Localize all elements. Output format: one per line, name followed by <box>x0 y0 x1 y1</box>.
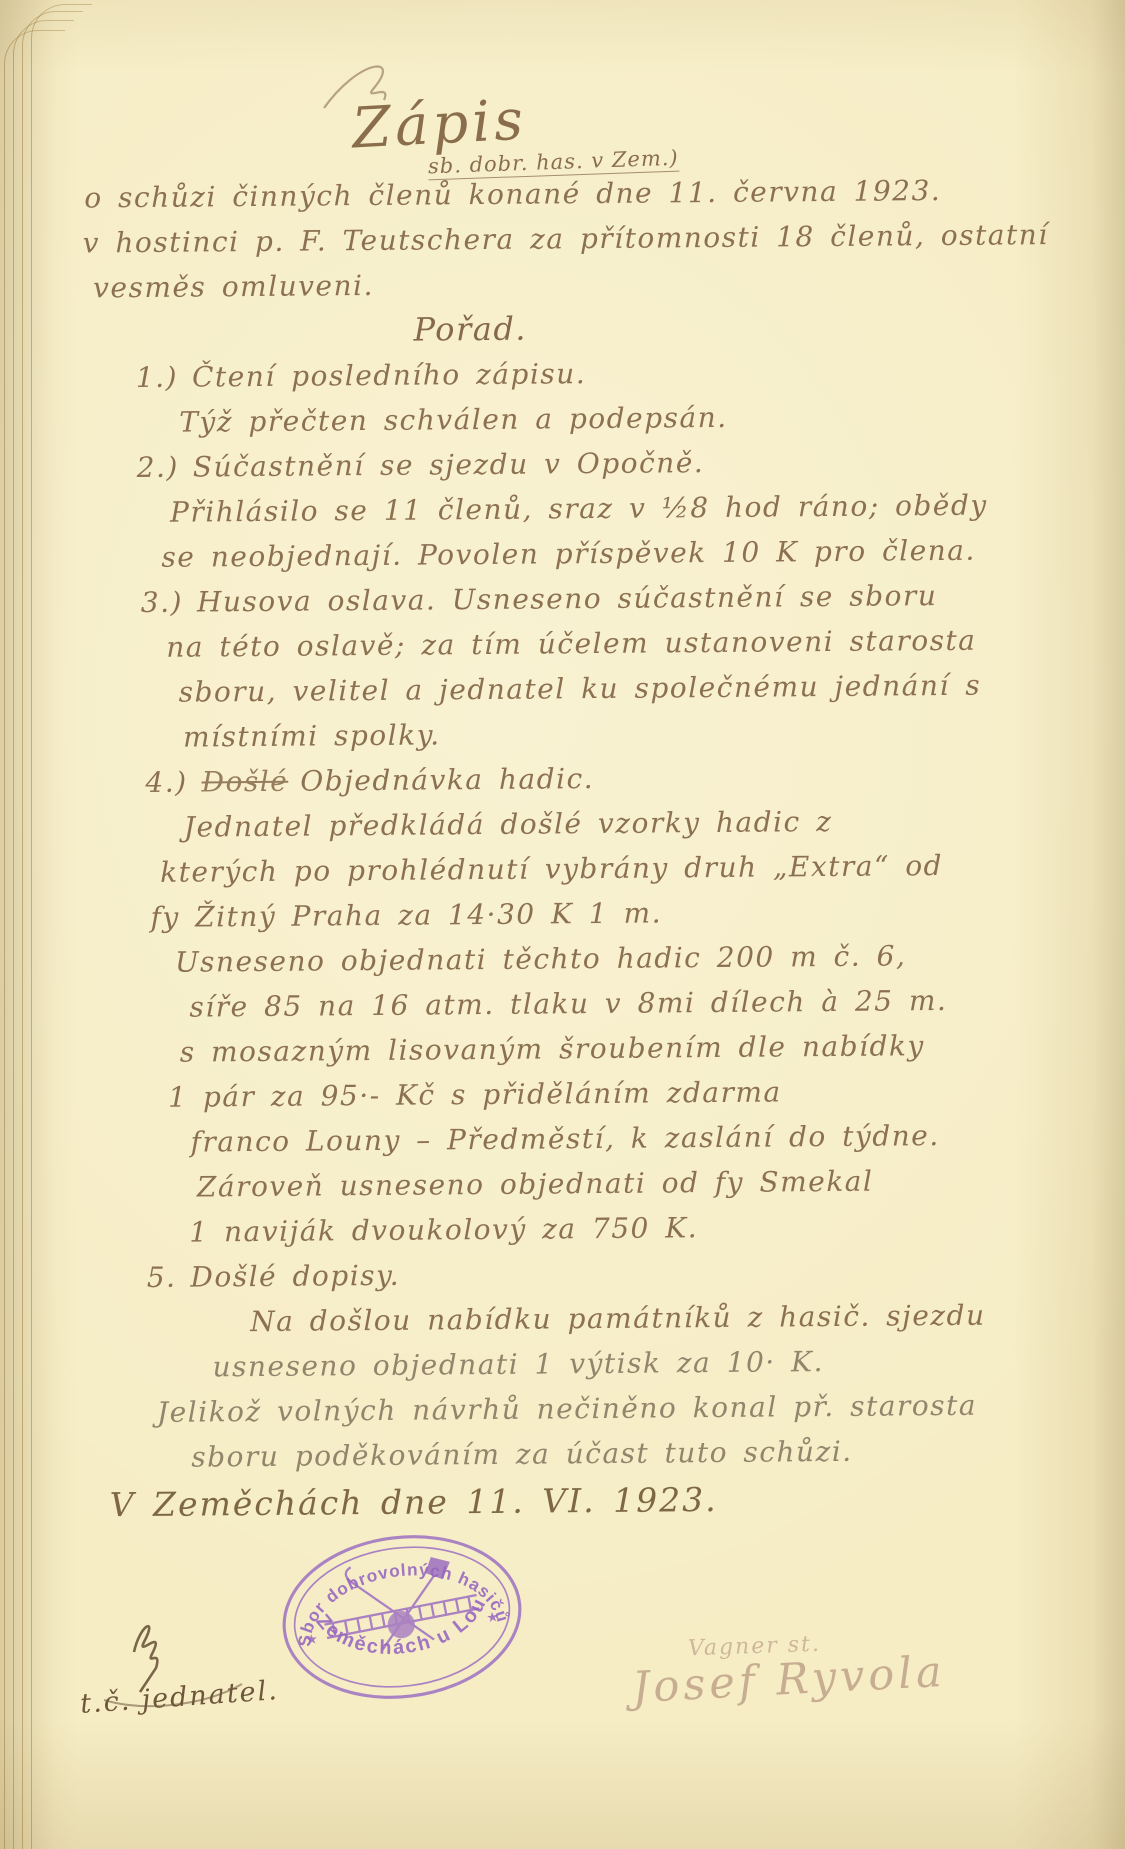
officer-signature: Josef Ryvola <box>631 1647 947 1713</box>
document-title: Zápis <box>350 87 528 161</box>
item-title: Došlé dopisy. <box>190 1259 400 1294</box>
handwritten-line: se neobjednají. Povolen příspěvek 10 K p… <box>161 527 1108 580</box>
handwritten-line: místními spolky. <box>183 707 1110 760</box>
page-edge-line <box>4 30 65 1849</box>
item-number: 5. <box>147 1261 177 1294</box>
stamp-bottom-text: v Zeměchách u Loun. <box>266 1513 496 1674</box>
handwritten-line: Usneseno objednati těchto hadic 200 m č.… <box>175 932 1112 985</box>
svg-text:v Zeměchách u Loun.: v Zeměchách u Loun. <box>266 1513 496 1674</box>
item-number: 2.) <box>137 451 179 484</box>
date-line: V Zeměchách dne 11. VI. 1923. <box>110 1474 1117 1528</box>
stamp-outer-ring <box>275 1524 529 1711</box>
handwritten-line: usneseno objednati 1 výtisk za 10· K. <box>212 1337 1115 1390</box>
stamp-inner-ring <box>287 1535 518 1698</box>
handwritten-line: Zároveň usneseno objednati od fy Smekal <box>197 1157 1114 1210</box>
handwritten-line: 1 naviják dvoukolový za 750 K. <box>189 1202 1114 1255</box>
agenda-heading: Pořad. <box>413 302 1106 353</box>
manuscript-page: Zápis sb. dobr. has. v Zem.) o schůzi či… <box>0 0 1125 1849</box>
page-edge-line <box>13 20 74 1849</box>
item-title: Husova oslava. Usneseno súčastnění se sb… <box>197 579 938 618</box>
rubber-stamp: Sbor dobrovolných hasičů v Zeměchách u L… <box>266 1513 538 1720</box>
firefighter-tools-emblem-icon <box>315 1545 484 1660</box>
binding-shadow <box>0 0 56 1849</box>
struck-word: Došlé <box>201 765 288 799</box>
page-edge-line <box>22 11 83 1849</box>
item-number: 1.) <box>136 361 178 394</box>
handwritten-line: Týž přečten schválen a podepsán. <box>179 392 1107 445</box>
handwritten-line: Přihlásilo se 11 členů, sraz v ½8 hod rá… <box>170 482 1108 535</box>
closing-line: Jelikož volných návrhů nečiněno konal př… <box>157 1382 1116 1435</box>
handwritten-line: s mosazným lisovaným šroubením dle nabíd… <box>180 1022 1113 1075</box>
handwritten-line: Na došlou nabídku památníků z hasič. sje… <box>250 1292 1115 1345</box>
item-title: Objednávka hadic. <box>300 762 594 798</box>
intro-line: v hostinci p. F. Teutschera za přítomnos… <box>83 212 1106 266</box>
stamp-star-right-icon: ★ <box>486 1609 500 1626</box>
item-number: 4.) <box>145 766 187 799</box>
stamp-star-left-icon: ★ <box>305 1631 319 1648</box>
handwritten-body: o schůzi činných členů konané dne 11. če… <box>82 167 1117 1528</box>
handwritten-line: síře 85 na 16 atm. tlaku v 8mi dílech à … <box>189 977 1112 1030</box>
handwritten-line: Jednatel předkládá došlé vzorky hadic z <box>184 797 1111 850</box>
svg-text:Sbor dobrovolných hasičů: Sbor dobrovolných hasičů <box>285 1547 513 1649</box>
handwritten-line: franco Louny – Předměstí, k zaslání do t… <box>190 1112 1113 1165</box>
stamp-top-text: Sbor dobrovolných hasičů <box>285 1547 513 1649</box>
item-title: Súčastnění se sjezdu v Opočně. <box>193 446 705 483</box>
item-number: 3.) <box>141 586 183 619</box>
handwritten-line: sboru, velitel a jednatel ku společnému … <box>178 662 1109 715</box>
closing-line: sboru poděkováním za účast tuto schůzi. <box>191 1427 1116 1480</box>
item-title: Čtení posledního zápisu. <box>192 357 586 393</box>
